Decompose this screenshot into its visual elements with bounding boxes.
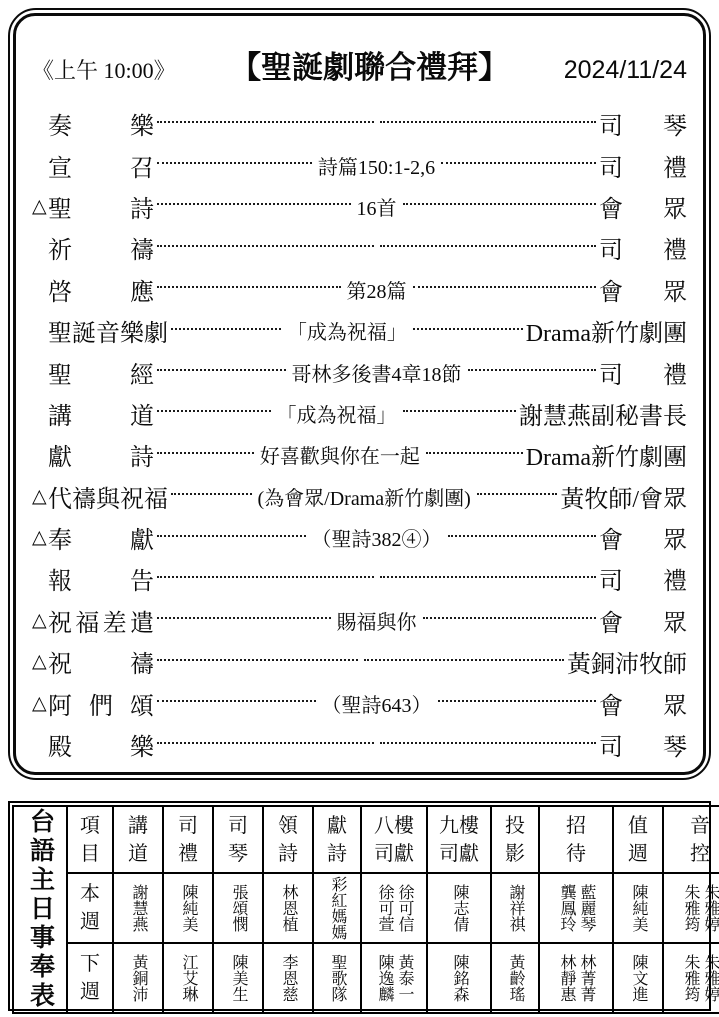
service-item-label: 報告 (48, 561, 154, 596)
service-line: △ 代禱與祝福 (為會眾/Drama新竹劇團) 黃牧師/會眾 (32, 476, 687, 517)
service-item-label: 啓應 (48, 272, 154, 307)
duty-cell: 朱雅婷 朱雅筠 (663, 943, 719, 1013)
dotted-leader (157, 203, 351, 205)
service-item-label: 阿們頌 (48, 686, 154, 721)
service-line: 祈禱 司禮 (32, 227, 687, 268)
service-item-label: 祈禱 (48, 230, 154, 265)
service-item-detail: （聖詩382④） (309, 523, 445, 552)
dotted-leader (157, 576, 374, 578)
service-item-detail: 好喜歡與你在一起 (257, 440, 423, 469)
service-line: 殿樂 司琴 (32, 724, 687, 765)
service-item-detail: 第28篇 (344, 275, 410, 304)
dotted-leader (380, 576, 597, 578)
service-item-assignee: 司琴 (599, 727, 687, 762)
service-line: 報告 司禮 (32, 558, 687, 599)
service-item-detail: 16首 (354, 192, 400, 221)
dotted-leader (157, 245, 374, 247)
dotted-leader (157, 410, 271, 412)
duty-cell: 林恩植 (263, 873, 313, 943)
dotted-leader (448, 535, 597, 537)
service-item-assignee: 司禮 (599, 230, 687, 265)
service-item-detail: 賜福與你 (334, 606, 420, 635)
duty-cell: 李恩慈 (263, 943, 313, 1013)
service-item-label: 殿樂 (48, 727, 154, 762)
duty-col-header-anthem: 獻 詩 (313, 806, 361, 873)
service-item-label: 祝禱 (48, 644, 154, 679)
duty-cell: 彩紅媽媽 (313, 873, 361, 943)
stand-marker: △ (32, 609, 48, 632)
service-item-assignee: 黃牧師/會眾 (560, 479, 687, 514)
service-item-label: 聖詩 (48, 189, 154, 224)
service-line: △ 聖詩 16首 會眾 (32, 186, 687, 227)
duty-cell: 黃齡瑤 (491, 943, 539, 1013)
duty-col-header-piano: 司 琴 (213, 806, 263, 873)
service-item-label: 聖經 (48, 355, 154, 390)
duty-col-header-item: 項 目 (67, 806, 113, 873)
duty-cell: 謝祥祺 (491, 873, 539, 943)
service-item-label: 聖誕音樂劇 (48, 313, 168, 348)
service-line: △ 祝福差遣 賜福與你 會眾 (32, 600, 687, 641)
service-item-assignee: 會眾 (599, 686, 687, 721)
dotted-leader (157, 535, 306, 537)
service-time: 《上午 10:00》 (32, 54, 176, 85)
dotted-leader (171, 493, 252, 495)
stand-marker: △ (32, 195, 48, 218)
duty-cell: 黃銅沛 (113, 943, 163, 1013)
duty-cell: 張頌憫 (213, 873, 263, 943)
dotted-leader (413, 286, 597, 288)
service-item-detail: （聖詩643） (319, 689, 435, 718)
service-item-assignee: 會眾 (599, 520, 687, 555)
stand-marker: △ (32, 692, 48, 715)
service-line: 奏樂 司琴 (32, 103, 687, 144)
service-line: △ 祝禱 黃銅沛牧師 (32, 641, 687, 682)
duty-table-side-title-cell: 台語主日事奉表 (13, 806, 67, 1013)
service-item-assignee: 黃銅沛牧師 (567, 644, 687, 679)
dotted-leader (477, 493, 558, 495)
service-line: 講道 「成為祝福」 謝慧燕副秘書長 (32, 393, 687, 434)
service-item-detail: 「成為祝福」 (274, 399, 400, 428)
service-item-assignee: 會眾 (599, 189, 687, 224)
dotted-leader (380, 245, 597, 247)
duty-col-header-sermon: 講 道 (113, 806, 163, 873)
dotted-leader (157, 700, 316, 702)
duty-cell: 聖歌隊 (313, 943, 361, 1013)
duty-cell: 黃泰一 陳逸麟 (361, 943, 427, 1013)
dotted-leader (157, 286, 341, 288)
duty-table-header-row: 台語主日事奉表 項 目 講 道 司 禮 司 琴 領 詩 獻 詩 八樓 司獻 九樓… (13, 806, 719, 873)
service-item-label: 奏樂 (48, 106, 154, 141)
duty-cell: 徐可信 徐可萱 (361, 873, 427, 943)
duty-row-this-week: 本 週 謝慧燕 陳純美 張頌憫 林恩植 彩紅媽媽 徐可信 徐可萱 陳志倩 謝祥祺… (13, 873, 719, 943)
dotted-leader (157, 617, 331, 619)
service-item-label: 祝福差遣 (48, 603, 154, 638)
duty-cell: 陳銘森 (427, 943, 491, 1013)
service-line: 啓應 第28篇 會眾 (32, 269, 687, 310)
dotted-leader (157, 452, 254, 454)
service-line: 宣召 詩篇150:1-2,6 司禮 (32, 144, 687, 185)
duty-cell: 陳純美 (613, 873, 663, 943)
service-item-assignee: Drama新竹劇團 (526, 437, 687, 472)
duty-table: 台語主日事奉表 項 目 講 道 司 禮 司 琴 領 詩 獻 詩 八樓 司獻 九樓… (12, 805, 719, 1014)
stand-marker: △ (32, 526, 48, 549)
service-date: 2024/11/24 (564, 56, 687, 85)
duty-cell: 江艾琳 (163, 943, 213, 1013)
duty-row-next-week: 下 週 黃銅沛 江艾琳 陳美生 李恩慈 聖歌隊 黃泰一 陳逸麟 陳銘森 黃齡瑤 … (13, 943, 719, 1013)
duty-cell: 朱雅婷 朱雅筠 (663, 873, 719, 943)
duty-cell: 藍麗琴 龔鳳玲 (539, 873, 613, 943)
service-item-assignee: 會眾 (599, 603, 687, 638)
dotted-leader (423, 617, 597, 619)
service-program-inner-border: 《上午 10:00》 【聖誕劇聯合禮拜】 2024/11/24 奏樂 司琴 宣召… (13, 13, 706, 775)
program-header: 《上午 10:00》 【聖誕劇聯合禮拜】 2024/11/24 (32, 42, 687, 87)
service-item-label: 獻詩 (48, 437, 154, 472)
page-title: 【聖誕劇聯合禮拜】 (176, 42, 564, 87)
duty-col-header-8f: 八樓 司獻 (361, 806, 427, 873)
service-line: 獻詩 好喜歡與你在一起 Drama新竹劇團 (32, 434, 687, 475)
service-item-assignee: 司禮 (599, 355, 687, 390)
service-item-label: 講道 (48, 396, 154, 431)
service-program-panel: 《上午 10:00》 【聖誕劇聯合禮拜】 2024/11/24 奏樂 司琴 宣召… (8, 8, 711, 780)
duty-row-label: 下 週 (67, 943, 113, 1013)
service-line: △ 阿們頌 （聖詩643） 會眾 (32, 682, 687, 723)
service-line: 聖經 哥林多後書4章18節 司禮 (32, 351, 687, 392)
dotted-leader (157, 121, 374, 123)
duty-row-label: 本 週 (67, 873, 113, 943)
dotted-leader (438, 700, 597, 702)
duty-col-header-9f: 九樓 司獻 (427, 806, 491, 873)
duty-cell: 陳志倩 (427, 873, 491, 943)
service-item-label: 宣召 (48, 148, 154, 183)
dotted-leader (413, 328, 523, 330)
duty-col-header-leading: 領 詩 (263, 806, 313, 873)
duty-cell: 謝慧燕 (113, 873, 163, 943)
service-item-assignee: Drama新竹劇團 (526, 313, 687, 348)
service-item-label: 奉獻 (48, 520, 154, 555)
service-item-detail: 詩篇150:1-2,6 (315, 151, 438, 180)
dotted-leader (157, 369, 286, 371)
service-item-assignee: 謝慧燕副秘書長 (519, 396, 687, 431)
service-item-label: 代禱與祝福 (48, 479, 168, 514)
service-item-assignee: 司禮 (599, 561, 687, 596)
service-item-assignee: 會眾 (599, 272, 687, 307)
duty-col-header-ushers: 招 待 (539, 806, 613, 873)
stand-marker: △ (32, 650, 48, 673)
duty-col-header-liturgy: 司 禮 (163, 806, 213, 873)
dotted-leader (380, 742, 597, 744)
service-item-assignee: 司禮 (599, 148, 687, 183)
duty-cell: 陳純美 (163, 873, 213, 943)
dotted-leader (426, 452, 523, 454)
dotted-leader (441, 162, 596, 164)
dotted-leader (403, 203, 597, 205)
service-line: 聖誕音樂劇 「成為祝福」 Drama新竹劇團 (32, 310, 687, 351)
service-line: △ 奉獻 （聖詩382④） 會眾 (32, 517, 687, 558)
service-item-assignee: 司琴 (599, 106, 687, 141)
dotted-leader (157, 162, 312, 164)
duty-cell: 陳美生 (213, 943, 263, 1013)
service-item-detail: 「成為祝福」 (284, 316, 410, 345)
duty-roster-panel: 台語主日事奉表 項 目 講 道 司 禮 司 琴 領 詩 獻 詩 八樓 司獻 九樓… (8, 801, 711, 1011)
service-order-list: 奏樂 司琴 宣召 詩篇150:1-2,6 司禮 △ 聖詩 16首 會 (32, 103, 687, 765)
duty-table-title: 台語主日事奉表 (28, 808, 53, 1011)
service-item-detail: 哥林多後書4章18節 (289, 358, 465, 387)
duty-cell: 林菁菁 林靜惠 (539, 943, 613, 1013)
duty-col-header-audio: 音 控 (663, 806, 719, 873)
service-item-detail: (為會眾/Drama新竹劇團) (255, 482, 474, 511)
stand-marker: △ (32, 485, 48, 508)
dotted-leader (380, 121, 597, 123)
dotted-leader (157, 742, 374, 744)
duty-col-header-weekduty: 值 週 (613, 806, 663, 873)
dotted-leader (468, 369, 597, 371)
duty-col-header-projection: 投 影 (491, 806, 539, 873)
duty-cell: 陳文進 (613, 943, 663, 1013)
dotted-leader (171, 328, 281, 330)
dotted-leader (157, 659, 358, 661)
dotted-leader (364, 659, 565, 661)
dotted-leader (403, 410, 517, 412)
